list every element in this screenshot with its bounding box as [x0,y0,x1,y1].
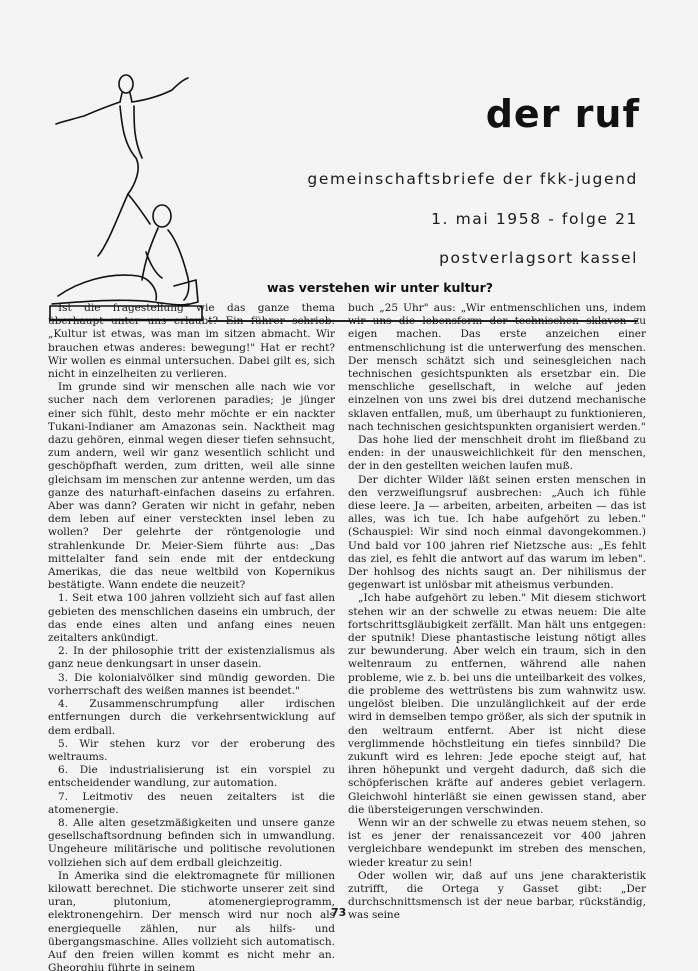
list-item: 3. Die kolonialvölker sind mündig geword… [48,672,335,698]
article-title: was verstehen wir unter kultur? [0,280,698,295]
paragraph: Wenn wir an der schwelle zu etwas neuem … [348,817,646,870]
issue-info: 1. mai 1958 - folge 21 [431,210,638,228]
paragraph: Oder wollen wir, daß auf uns jene charak… [348,870,646,923]
left-column: Ist die fragestellung wie das ganze them… [48,302,335,971]
postal-info: postverlagsort kassel [439,249,638,267]
paragraph: Das hohe lied der menschheit droht im fl… [348,434,646,474]
paragraph: In Amerika sind die elektromagnete für m… [48,870,335,971]
list-item: 7. Leitmotiv des neuen zeitalters ist di… [48,791,335,817]
paragraph: buch „25 Uhr" aus: „Wir entmenschlichen … [348,302,646,434]
right-column: buch „25 Uhr" aus: „Wir entmenschlichen … [348,302,646,923]
masthead: der ruf gemeinschaftsbriefe der fkk-juge… [0,0,698,325]
paragraph: Ist die fragestellung wie das ganze them… [48,302,335,381]
paragraph: Im grunde sind wir menschen alle nach wi… [48,381,335,592]
list-item: 5. Wir stehen kurz vor der eroberung des… [48,738,335,764]
publication-title: der ruf [486,92,640,136]
list-item: 2. In der philosophie tritt der existenz… [48,645,335,671]
list-item: 8. Alle alten gesetzmäßigkeiten und unse… [48,817,335,870]
page-number: 73 [331,906,346,919]
publication-subtitle: gemeinschaftsbriefe der fkk-jugend [307,170,638,188]
list-item: 6. Die industrialisierung ist ein vorspi… [48,764,335,790]
paragraph: „Ich habe aufgehört zu leben." Mit diese… [348,592,646,816]
list-item: 4. Zusammenschrumpfung aller irdischen e… [48,698,335,738]
paragraph: Der dichter Wilder läßt seinen ersten me… [348,474,646,593]
list-item: 1. Seit etwa 100 jahren vollzieht sich a… [48,592,335,645]
